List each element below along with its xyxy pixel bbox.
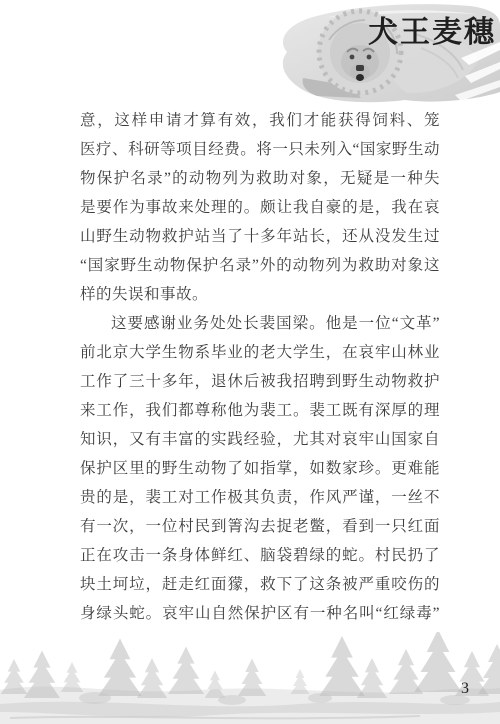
text-line: 块土坷垃，赶走红面獴，救下了这条被严重咬伤的红: [80, 570, 440, 599]
page-number: 3: [453, 680, 477, 698]
text-line: 这要感谢业务处处长裴国梁。他是一位“文革”: [80, 309, 440, 338]
text-line: 物保护名录”的动物列为救助对象，无疑是一种失误，: [80, 164, 440, 193]
dog-mouth: [356, 74, 364, 81]
text-line: 身绿头蛇。哀牢山自然保护区有一种名叫“红绿毒”: [80, 599, 440, 628]
paragraph: 意，这样申请才算有效，我们才能获得饲料、笼舍、医疗、科研等项目经费。将一只未列入…: [80, 106, 440, 309]
text-block: 意，这样申请才算有效，我们才能获得饲料、笼舍、医疗、科研等项目经费。将一只未列入…: [80, 106, 440, 628]
text-line: 山野生动物救护站当了十多年站长，还从没发生过将: [80, 222, 440, 251]
text-line: 前北京大学生物系毕业的老大学生，在哀牢山林业局: [80, 338, 440, 367]
forest-silhouette: [0, 632, 500, 724]
dog-nose: [356, 65, 364, 71]
text-line: 保护区里的野生动物了如指掌，如数家珍。更难能可: [80, 454, 440, 483]
text-line: 工作了三十多年，退休后被我招聘到野生动物救护站: [80, 367, 440, 396]
text-line: 知识，又有丰富的实践经验，尤其对哀牢山国家自然: [80, 425, 440, 454]
text-line: 意，这样申请才算有效，我们才能获得饲料、笼舍、: [80, 106, 440, 135]
text-line: 有一次，一位村民到箐沟去捉老鳖，看到一只红面獴: [80, 512, 440, 541]
dog-illustration: 犬王麦穗: [265, 0, 500, 106]
text-line: 贵的是，裴工对工作极其负责，作风严谨，一丝不苟。: [80, 483, 440, 512]
page-title: 犬王麦穗: [368, 16, 496, 49]
text-line: “国家野生动物保护名录”外的动物列为救助对象这: [80, 251, 440, 280]
text-line: 样的失误和事故。: [80, 280, 440, 309]
book-page: 犬王麦穗 意，这样申请才算有效，我们才能获得饲料、笼舍、医疗、科研等项目经费。将…: [0, 0, 500, 724]
dog-eye-left: [350, 55, 355, 60]
text-line: 是要作为事故来处理的。颇让我自豪的是，我在哀牢: [80, 193, 440, 222]
dog-eye-right: [367, 55, 372, 60]
paragraph: 这要感谢业务处处长裴国梁。他是一位“文革”前北京大学生物系毕业的老大学生，在哀牢…: [80, 309, 440, 628]
text-line: 正在攻击一条身体鲜红、脑袋碧绿的蛇。村民扔了一: [80, 541, 440, 570]
text-line: 来工作，我们都尊称他为裴工。裴工既有深厚的理论: [80, 396, 440, 425]
text-line: 医疗、科研等项目经费。将一只未列入“国家野生动: [80, 135, 440, 164]
